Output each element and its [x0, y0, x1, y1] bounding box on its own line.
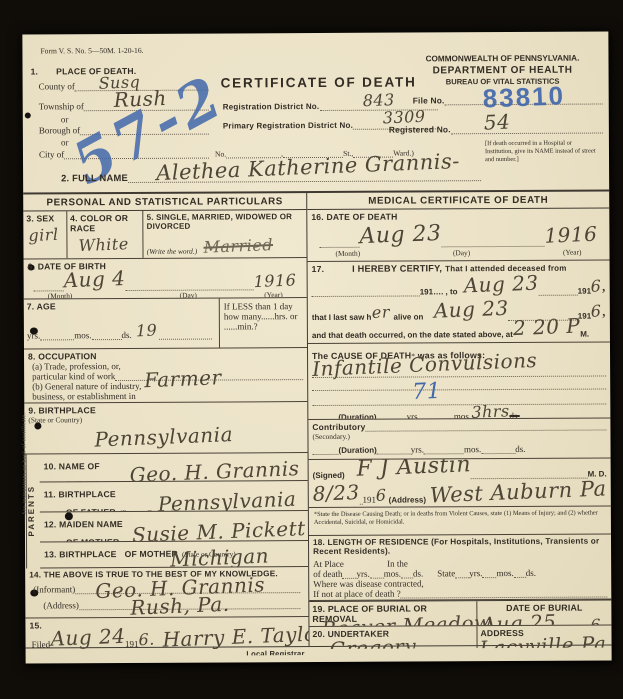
filed-date: Aug 24 — [50, 624, 126, 651]
signed-year-printed: 191 — [362, 495, 376, 505]
certify-line2-year-hand: 6 — [591, 276, 602, 295]
signed-address-label: (Address) — [389, 495, 426, 504]
registered-no-value: 54 — [483, 110, 510, 135]
mother-name-label-1: 12. MAIDEN NAME — [44, 519, 123, 529]
birthplace-value: Pennsylvania — [94, 422, 233, 452]
res-mos: mos. — [384, 568, 401, 578]
res-yrs2: yrs. — [469, 568, 482, 578]
no-label: No. — [215, 149, 226, 158]
dob-month-caption: (Month) — [48, 291, 73, 299]
file-no-label: File No. — [413, 95, 445, 105]
birthplace-sub: (State or Country) — [28, 414, 303, 424]
race-label: 4. COLOR OR RACE — [70, 213, 140, 233]
dod-year-value: 1916 — [544, 222, 598, 248]
undertaker-row: 20. UNDERTAKER Gregory ADDRESS Lacyville… — [309, 625, 611, 649]
certificate-header: Form V. S. No. 5—50M. 1-20-16. 1. PLACE … — [22, 31, 609, 192]
mother-birthplace-label-1: 13. BIRTHPLACE — [44, 549, 117, 559]
occupation-a2: particular kind of work — [32, 371, 115, 381]
dod-month-day: Aug 23 — [359, 221, 442, 249]
primary-reg-label: Primary Registration District No. — [223, 121, 353, 131]
contributory-section: Contributory (Secondary.) (Duration) yrs… — [308, 418, 610, 460]
certify-number: 17. — [312, 264, 325, 274]
dod-day-caption: (Day) — [453, 248, 470, 257]
comma: , — [602, 302, 606, 320]
contributory-ds: ds. — [515, 444, 525, 454]
father-birthplace-label-1: 11. BIRTHPLACE — [44, 489, 116, 499]
signed-date-value: 8/23 — [312, 480, 360, 506]
certify-line2-year: 191 — [578, 287, 591, 296]
res-ds2: ds. — [526, 568, 536, 578]
marital-value: Married — [203, 235, 273, 257]
date-of-birth-section: 6. DATE OF BIRTH Aug 4 1916 (Month) (Day… — [24, 258, 307, 299]
cause-of-death-section: The CAUSE OF DEATH* was as follows: Infa… — [308, 342, 610, 420]
certificate-title: CERTIFICATE OF DEATH — [221, 74, 417, 90]
informant-section: 14. THE ABOVE IS TRUE TO THE BEST OF MY … — [25, 567, 308, 618]
filed-year-printed: 191 — [125, 639, 139, 649]
registered-no-line — [451, 124, 603, 135]
marital-label: 5. SINGLE, MARRIED, WIDOWED OR DIVORCED — [147, 212, 304, 231]
reg-district-label: Registration District No. — [223, 102, 320, 112]
contributory-label: Contributory — [312, 422, 365, 432]
date-of-death-section: 16. DATE OF DEATH Aug 23 1916 (Month) (D… — [307, 208, 609, 262]
res-yrs: yrs. — [356, 569, 369, 579]
certify-line2-printed: 191…. , to — [420, 287, 458, 296]
township-label: Township of — [39, 101, 84, 111]
burial-row: 19. PLACE OF BURIAL OR REMOVAL Beaver Me… — [309, 599, 611, 627]
parents-vertical-label: PARENTS — [26, 454, 40, 568]
certify-m-label: M. — [580, 330, 589, 339]
personal-band: PERSONAL AND STATISTICAL PARTICULARS — [23, 193, 306, 211]
father-name-section: 10. NAME OF FATHER Geo. H. Grannis — [40, 453, 308, 482]
mother-birthplace-value: Michigan — [170, 544, 270, 569]
residence-of-death: of death — [313, 569, 342, 579]
certify-line3-year-hand: 6 — [591, 301, 602, 320]
comma: , — [602, 277, 606, 295]
medical-band: MEDICAL CERTIFICATE OF DEATH — [307, 191, 609, 210]
father-name-label-1: 10. NAME OF — [44, 461, 100, 471]
registered-no-label: Registered No. — [389, 124, 451, 134]
dob-month-day: Aug 4 — [63, 266, 126, 292]
race-value: White — [78, 234, 129, 255]
signed-label: (Signed) — [313, 471, 345, 480]
sex-race-marital-row: 3. SEX girl 4. COLOR OR RACE White 5. SI… — [23, 210, 306, 259]
informant-address-label: (Address) — [43, 600, 79, 610]
mother-birthplace-section: 13. BIRTHPLACE OF MOTHER (State or Count… — [40, 541, 308, 568]
birthplace-section: 9. BIRTHPLACE (State or Country) Pennsyl… — [24, 402, 307, 454]
hospital-note: [If death occurred in a Hospital or Inst… — [485, 140, 597, 165]
father-birthplace-value: Pennsylvania — [157, 487, 296, 513]
occupation-section: 8. OCCUPATION (a) Trade, profession, or,… — [24, 348, 307, 403]
physician-address-value: West Auburn Pa — [430, 476, 608, 507]
residence-at-place: At Place — [313, 558, 387, 568]
age-ds-caption: ds. — [121, 330, 131, 340]
signature-section: (Signed) F J Austin M. D. 8/23 191 6 (Ad… — [309, 458, 611, 508]
contributory-duration-label: (Duration) — [339, 446, 377, 455]
full-name-label: 2. FULL NAME — [61, 172, 128, 183]
department-line: DEPARTMENT OF HEALTH — [398, 64, 608, 76]
res-mos2: mos. — [496, 568, 513, 578]
death-certificate: See instructions on back of certificate.… — [22, 31, 611, 663]
age-less-line2: how many......hrs. or — [224, 311, 303, 321]
contributory-mos: mos. — [464, 444, 481, 454]
burial-date-value: Aug 25, — [481, 609, 564, 627]
age-value: 19 — [135, 320, 157, 340]
filed-section: 15. Filed Aug 24 191 6. Harry E. Taylor … — [25, 617, 308, 656]
residence-label: 18. LENGTH OF RESIDENCE (For Hospitals, … — [313, 536, 607, 556]
father-birthplace-section: 11. BIRTHPLACE OF FATHER (State or Count… — [40, 481, 308, 512]
contributory-sub: (Secondary.) — [312, 430, 606, 441]
mother-name-section: 12. MAIDEN NAME OF MOTHER Susie M. Picke… — [40, 511, 308, 542]
residence-if-not: If not at place of death ? — [313, 588, 401, 598]
occupation-value: Farmer — [144, 365, 222, 392]
informant-address-value: Rush, Pa. — [130, 592, 230, 619]
age-less-line1: If LESS than 1 day — [224, 301, 303, 311]
certify-last-seen-date: Aug 23 — [433, 296, 509, 323]
filed-year-hand: 6. — [138, 630, 155, 650]
certify-attended-to-date: Aug 23 — [463, 271, 539, 298]
certify-line4: and that death occurred, on the date sta… — [312, 330, 513, 340]
certify-line3a: that I last saw h — [312, 313, 372, 322]
age-label: 7. AGE — [27, 301, 216, 312]
contributory-yrs: yrs. — [411, 444, 424, 454]
footnote-section: *State the Disease Causing Death; or in … — [309, 506, 611, 536]
dod-year-caption: (Year) — [563, 248, 582, 257]
parents-block: PARENTS 10. NAME OF FATHER Geo. H. Grann… — [25, 453, 309, 568]
certification-section: 17. I HEREBY CERTIFY, That I attended de… — [308, 260, 610, 344]
residence-state: State — [437, 568, 455, 578]
commonwealth-line: COMMONWEALTH OF PENNSYLVANIA. — [397, 53, 607, 63]
city-label: City of — [39, 149, 64, 159]
certificate-body: PERSONAL AND STATISTICAL PARTICULARS 3. … — [23, 189, 611, 648]
personal-particulars-column: PERSONAL AND STATISTICAL PARTICULARS 3. … — [23, 193, 309, 647]
signed-year-hand: 6 — [376, 485, 387, 504]
county-label: County of — [39, 81, 75, 91]
dod-label: 16. DATE OF DEATH — [311, 210, 605, 222]
certify-her-hand: er — [371, 302, 390, 322]
medical-certificate-column: MEDICAL CERTIFICATE OF DEATH 16. DATE OF… — [307, 191, 611, 646]
residence-section: 18. LENGTH OF RESIDENCE (For Hospitals, … — [309, 534, 611, 601]
physician-signature: F J Austin — [356, 458, 471, 481]
cause-duration-value: 3hrs — [471, 401, 510, 420]
age-yrs-caption: yrs. — [27, 330, 40, 340]
father-name-value: Geo. H. Grannis — [129, 456, 300, 482]
dob-year-value: 1916 — [254, 270, 297, 291]
dod-month-caption: (Month) — [335, 249, 360, 258]
certify-bold: I HEREBY CERTIFY, — [352, 263, 442, 273]
age-less-line3: ......min.? — [224, 321, 303, 331]
sex-label: 3. SEX — [26, 213, 63, 223]
undertaker-value: Gregory — [329, 634, 416, 649]
marital-hint: (Write the word.) — [147, 247, 197, 256]
age-section: 7. AGE yrs. mos. ds. 19 If LESS than 1 d… — [24, 298, 307, 349]
section1-number: 1. — [31, 66, 39, 76]
cause-footnote: *State the Disease Causing Death; or in … — [314, 510, 598, 526]
certify-line3b: alive on — [394, 312, 424, 321]
filed-label: Filed — [32, 639, 51, 649]
informant-label: (Informant) — [33, 584, 75, 594]
blue-number-annotation: 71 — [412, 379, 442, 405]
sex-value: girl — [28, 225, 59, 245]
res-ds: ds. — [413, 568, 423, 578]
form-number: Form V. S. No. 5—50M. 1-20-16. — [40, 46, 143, 56]
age-mos-caption: mos. — [74, 330, 91, 340]
time-of-death-value: 2 20 P — [512, 313, 580, 340]
or-word: or — [61, 114, 69, 124]
mother-name-value: Susie M. Pickett — [132, 516, 307, 542]
